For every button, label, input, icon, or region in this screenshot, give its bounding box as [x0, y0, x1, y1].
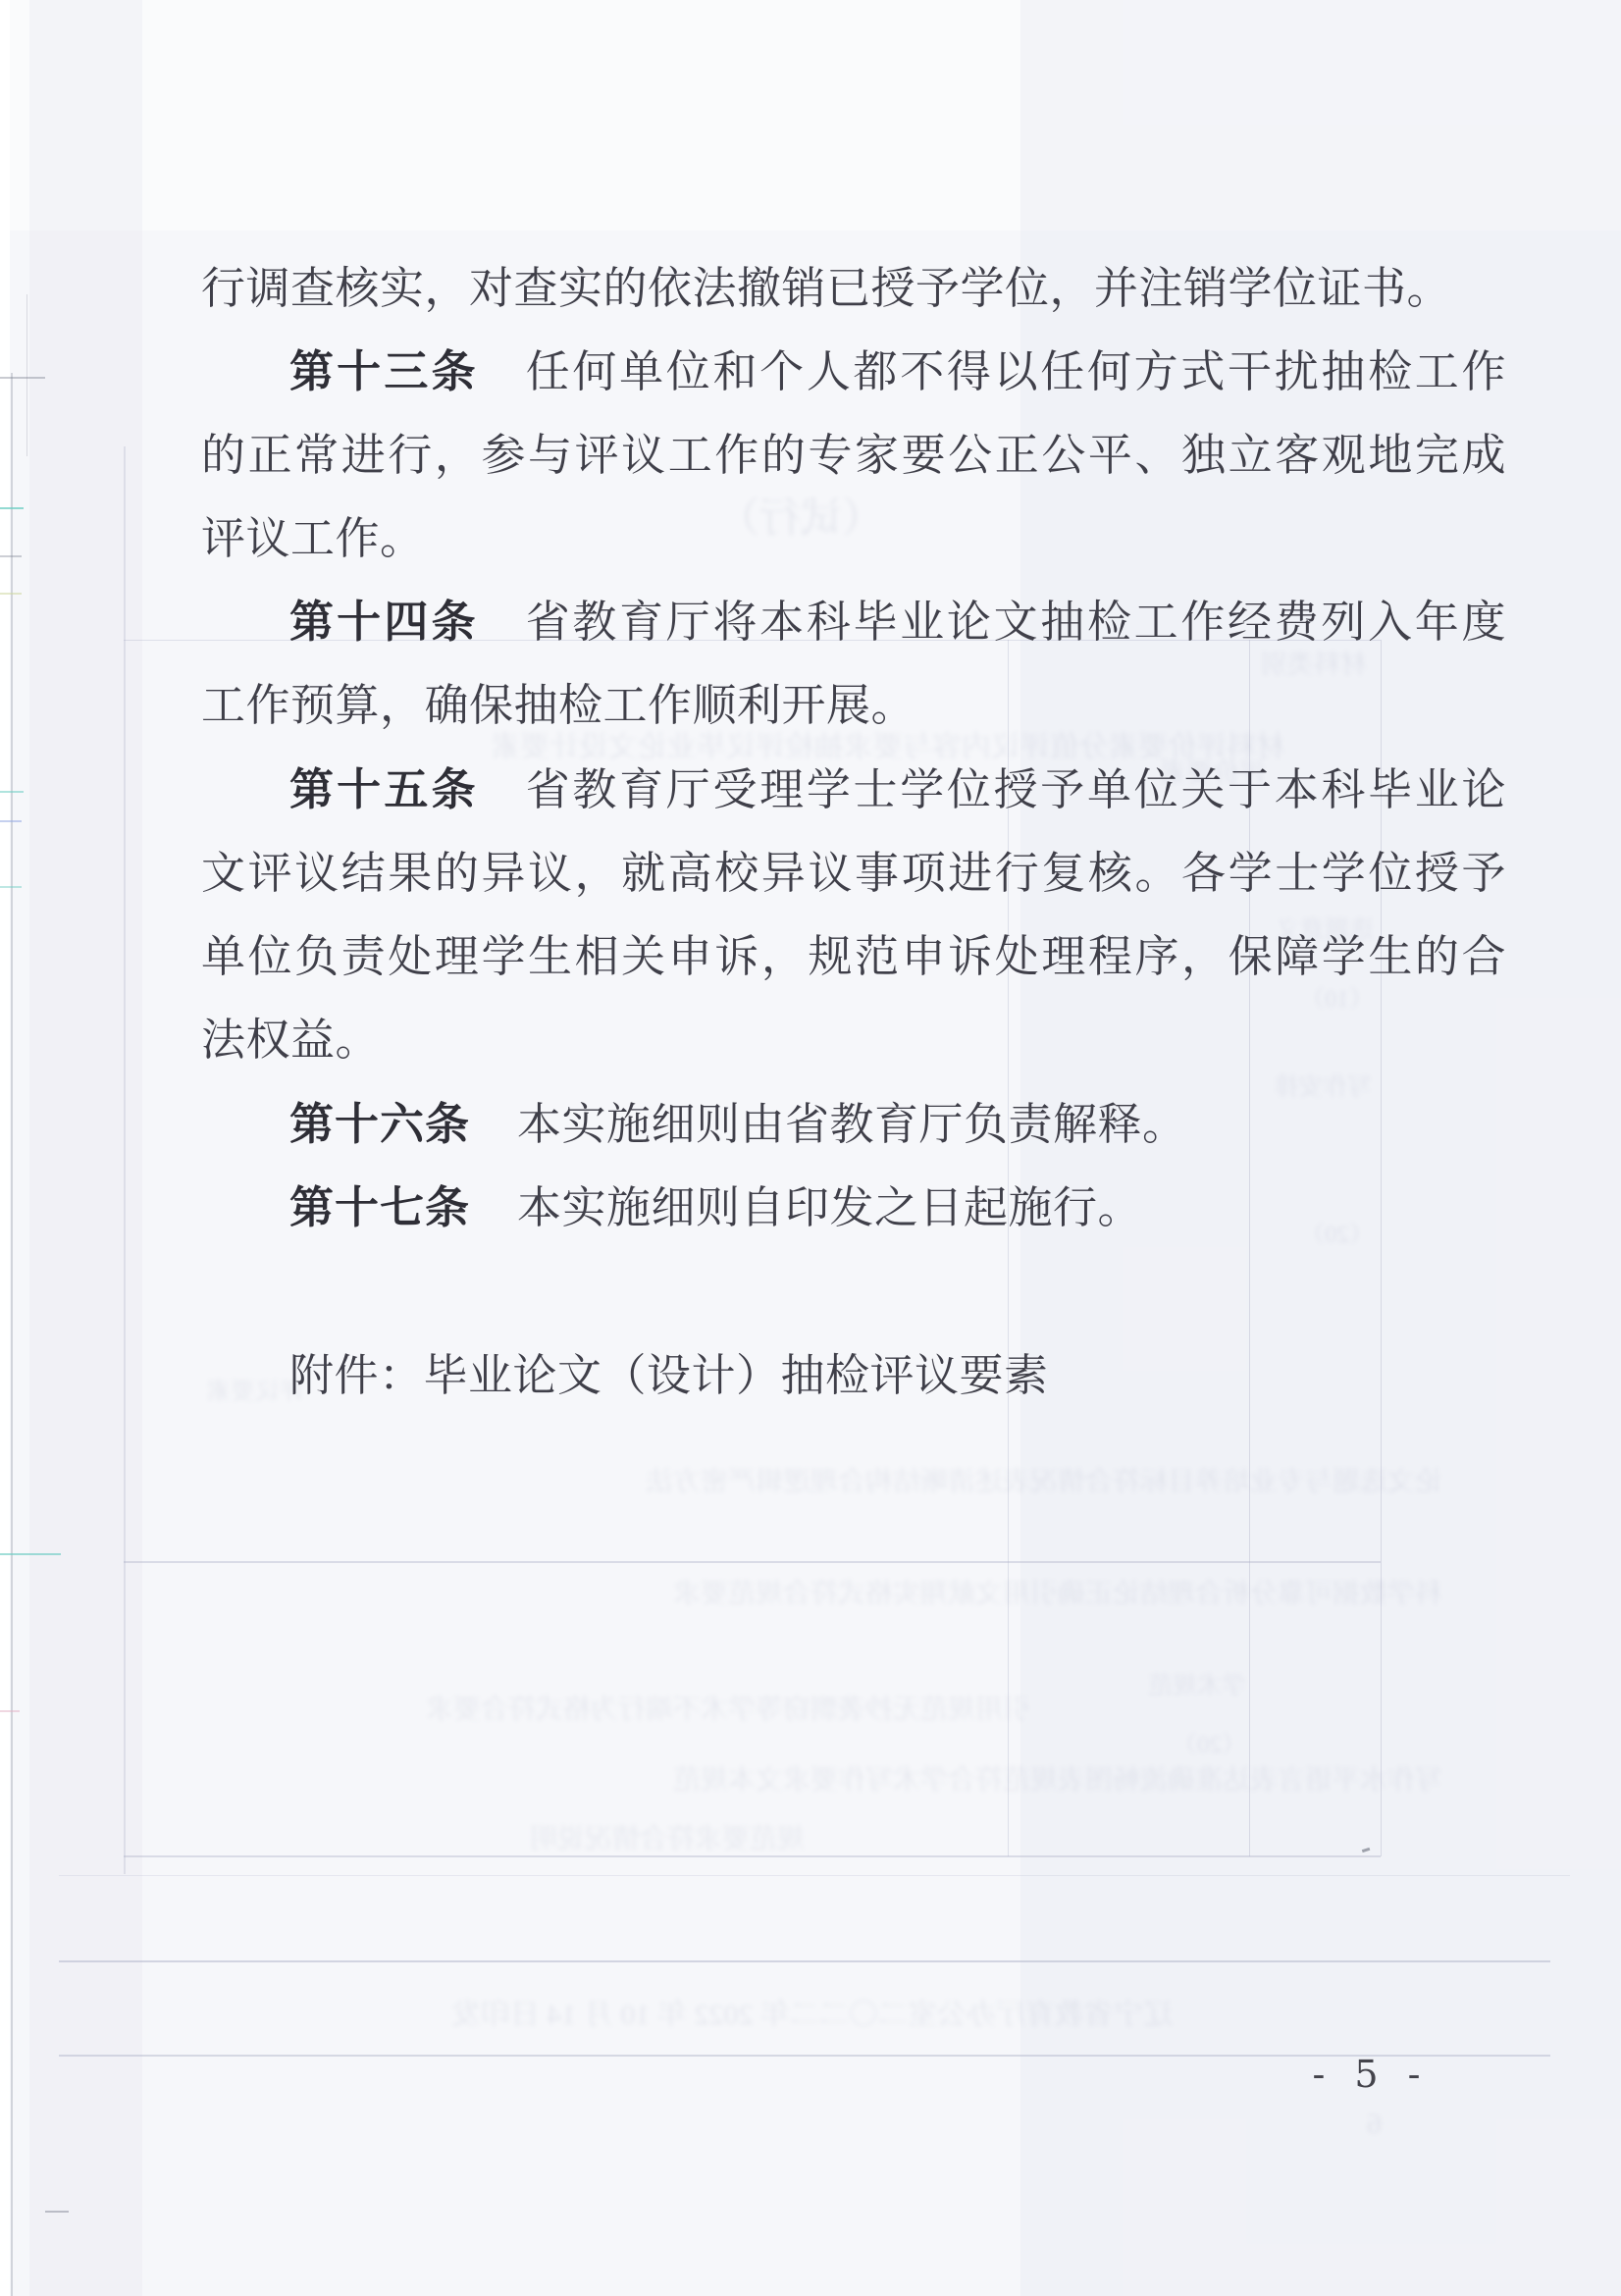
body-line: 第十五条省教育厅受理学士学位授予单位关于本科毕业论	[201, 762, 1506, 821]
bleedthrough-rule	[59, 1960, 1550, 1962]
bleedthrough-text: 科学数据可靠分析合理结论正确引用文献翔实格式符合规范要求	[147, 1572, 1442, 1611]
bleedthrough-table-line	[1008, 640, 1009, 1856]
scan-artifact-line	[11, 373, 13, 2296]
line-text: 行调查核实，对查实的依法撤销已授予学位，并注销学位证书。	[201, 264, 1451, 313]
scan-artifact-line	[26, 294, 27, 456]
body-line: 行调查核实，对查实的依法撤销已授予学位，并注销学位证书。	[201, 261, 1506, 320]
bleedthrough-text: 学术规范	[1079, 1666, 1246, 1701]
scanned-document-page: （试行）材料评价要素分值评议内容与要求抽检评议毕业论文设计要素材料类别评价要素选…	[0, 0, 1621, 2296]
bleedthrough-text: 规范要求符合情况说明	[294, 1817, 805, 1856]
scan-tone-band	[29, 0, 142, 2296]
bleedthrough-table-line	[1381, 640, 1382, 1856]
scan-tone-band	[0, 0, 1621, 231]
bleedthrough-text: 辽宁省教育厅办公室二〇二二年 2022 年 10 月 14 日印发	[162, 1990, 1173, 2033]
line-text: 评议工作。	[201, 514, 425, 563]
bleedthrough-text: 引用规范无抄袭剽窃等学术不端行为格式符合要求	[147, 1688, 1030, 1727]
body-line: 评议工作。	[201, 511, 1506, 570]
bleedthrough-text: （20）	[1079, 1725, 1246, 1760]
attachment-line: 附件：毕业论文（设计）抽检评议要素	[201, 1348, 1506, 1407]
scan-artifact-speck	[1362, 1848, 1370, 1852]
article-number: 第十七条	[289, 1182, 470, 1232]
line-text: 工作预算，确保抽检工作顺利开展。	[201, 681, 915, 730]
line-text: 附件：毕业论文（设计）抽检评议要素	[289, 1351, 1049, 1400]
line-text: 单位负责处理学生相关申诉，规范申诉处理程序，保障学生的合	[201, 932, 1506, 981]
bleedthrough-text: 写作水平语言表达准确流畅图表规范符合学术写作要求文本规范	[147, 1758, 1442, 1798]
article-number: 第十三条	[289, 346, 479, 396]
bleedthrough-table-line	[124, 446, 126, 1874]
page-number: - 5 -	[1287, 2053, 1454, 2096]
body-line: 第十三条任何单位和个人都不得以任何方式干扰抽检工作	[201, 344, 1506, 403]
body-line: 第十六条本实施细则由省教育厅负责解释。	[201, 1097, 1506, 1156]
bleedthrough-text: 6	[1340, 2108, 1382, 2141]
bleedthrough-table-line	[124, 1855, 1381, 1857]
bleedthrough-table-line	[1249, 640, 1250, 1856]
bleedthrough-table-line	[59, 1875, 1570, 1876]
scan-edge-strip	[0, 0, 10, 2296]
body-line: 第十四条省教育厅将本科毕业论文抽检工作经费列入年度	[201, 595, 1506, 653]
bleedthrough-text: 论文选题与专业培养目标符合情况表述清晰结构合理逻辑严密方法	[147, 1460, 1442, 1499]
line-text: 省教育厅受理学士学位授予单位关于本科毕业论	[526, 765, 1506, 814]
bleedthrough-table-line	[124, 1561, 1381, 1563]
scan-artifact-tick	[45, 2211, 69, 2213]
article-number: 第十四条	[289, 597, 479, 647]
line-text: 任何单位和个人都不得以任何方式干扰抽检工作	[526, 347, 1506, 396]
line-text: 省教育厅将本科毕业论文抽检工作经费列入年度	[526, 598, 1506, 647]
line-text: 法权益。	[201, 1016, 380, 1065]
line-text: 文评议结果的异议，就高校异议事项进行复核。各学士学位授予	[201, 849, 1506, 898]
body-line: 单位负责处理学生相关申诉，规范申诉处理程序，保障学生的合	[201, 929, 1506, 988]
body-line: 工作预算，确保抽检工作顺利开展。	[201, 678, 1506, 737]
body-line: 法权益。	[201, 1013, 1506, 1071]
body-line: 文评议结果的异议，就高校异议事项进行复核。各学士学位授予	[201, 846, 1506, 905]
body-line: 第十七条本实施细则自印发之日起施行。	[201, 1180, 1506, 1239]
line-text: 本实施细则自印发之日起施行。	[517, 1183, 1142, 1232]
article-number: 第十六条	[289, 1099, 470, 1149]
body-line: 的正常进行，参与评议工作的专家要公正公平、独立客观地完成	[201, 428, 1506, 487]
article-number: 第十五条	[289, 764, 479, 814]
line-text: 本实施细则由省教育厅负责解释。	[517, 1100, 1187, 1149]
line-text: 的正常进行，参与评议工作的专家要公正公平、独立客观地完成	[201, 431, 1506, 480]
